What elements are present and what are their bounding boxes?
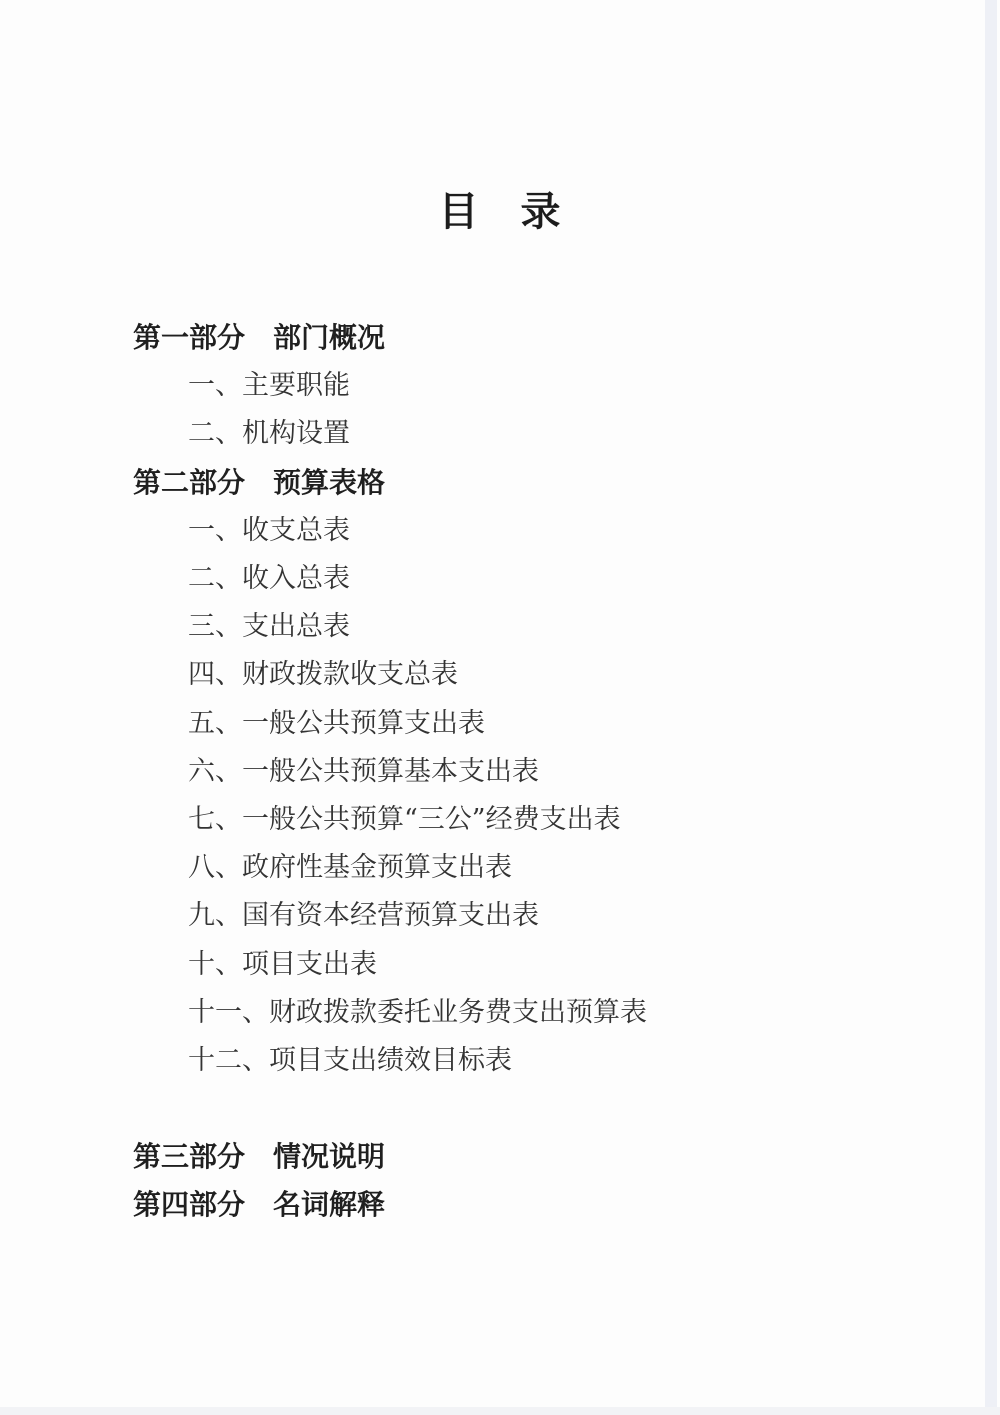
toc-section-title: 部门概况 — [273, 322, 385, 353]
toc-entry: 九、国有资本经营预算支出表 — [0, 892, 1000, 940]
toc-entry: 二、机构设置 — [0, 410, 1000, 458]
toc-entry: 七、一般公共预算“三公”经费支出表 — [0, 796, 1000, 844]
toc-section-header: 第二部分预算表格 — [0, 459, 1000, 507]
toc-entry: 十一、财政拨款委托业务费支出预算表 — [0, 989, 1000, 1037]
toc-entry: 四、财政拨款收支总表 — [0, 651, 1000, 699]
scan-edge-right-artifact — [985, 0, 997, 1407]
toc-section-header: 第一部分部门概况 — [0, 314, 1000, 362]
toc-entry: 十、项目支出表 — [0, 941, 1000, 989]
toc-entry: 三、支出总表 — [0, 603, 1000, 651]
toc-section-number: 第四部分 — [133, 1189, 245, 1220]
toc-section-header: 第三部分情况说明 — [0, 1133, 1000, 1181]
toc-entry: 八、政府性基金预算支出表 — [0, 844, 1000, 892]
toc-entry: 一、主要职能 — [0, 362, 1000, 410]
toc-entry: 六、一般公共预算基本支出表 — [0, 748, 1000, 796]
toc-entry: 一、收支总表 — [0, 507, 1000, 555]
toc-section-title: 名词解释 — [273, 1189, 385, 1220]
toc-entry: 五、一般公共预算支出表 — [0, 700, 1000, 748]
scan-edge-bottom-artifact — [0, 1407, 1000, 1415]
table-of-contents: 第一部分部门概况一、主要职能二、机构设置第二部分预算表格一、收支总表二、收入总表… — [0, 314, 1000, 1230]
document-page: 目 录 第一部分部门概况一、主要职能二、机构设置第二部分预算表格一、收支总表二、… — [0, 0, 1000, 1415]
toc-section-number: 第二部分 — [133, 467, 245, 498]
toc-entry: 十二、项目支出绩效目标表 — [0, 1037, 1000, 1085]
page-title: 目 录 — [0, 188, 1000, 236]
toc-section-number: 第一部分 — [133, 322, 245, 353]
toc-section-number: 第三部分 — [133, 1141, 245, 1172]
toc-section-title: 情况说明 — [273, 1141, 385, 1172]
toc-section-header: 第四部分名词解释 — [0, 1181, 1000, 1229]
toc-section-title: 预算表格 — [273, 467, 385, 498]
toc-entry: 二、收入总表 — [0, 555, 1000, 603]
